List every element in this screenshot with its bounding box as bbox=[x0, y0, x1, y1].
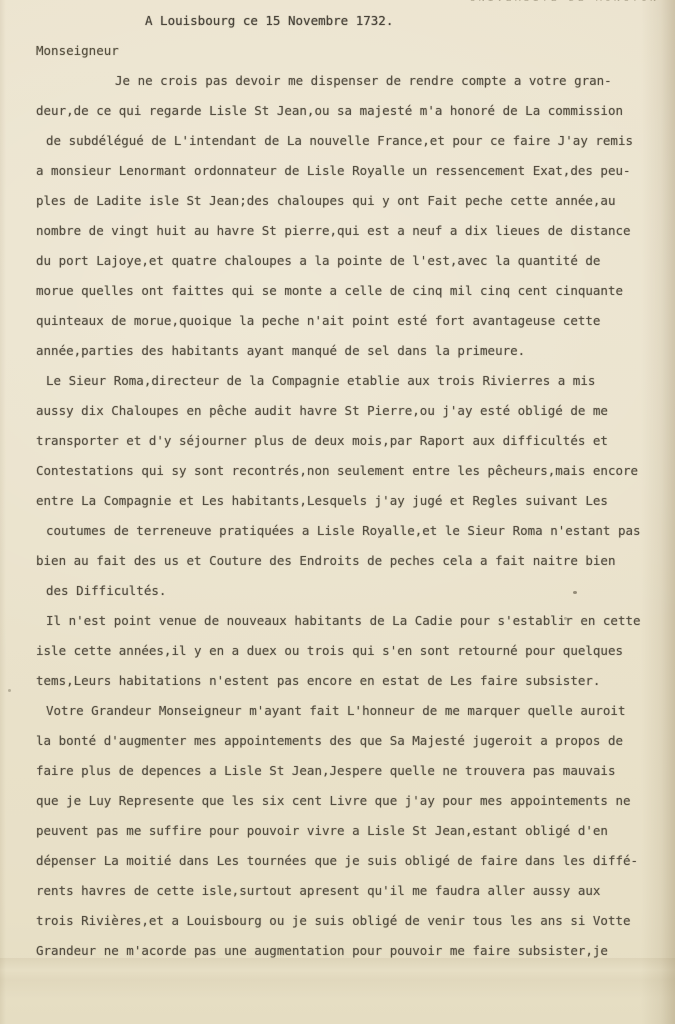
letter-line: bien au fait des us et Couture des Endro… bbox=[0, 546, 675, 576]
letter-line: que je Luy Represente que les six cent L… bbox=[0, 786, 675, 816]
letter-line: peuvent pas me suffire pour pouvoir vivr… bbox=[0, 816, 675, 846]
letter-line: entre La Compagnie et Les habitants,Lesq… bbox=[0, 486, 675, 516]
letter-line: isle cette années,il y en a duex ou troi… bbox=[0, 636, 675, 666]
letter-line: la bonté d'augmenter mes appointements d… bbox=[0, 726, 675, 756]
letter-line: deur,de ce qui regarde Lisle St Jean,ou … bbox=[0, 96, 675, 126]
letter-line: morue quelles ont faittes qui se monte a… bbox=[0, 276, 675, 306]
letter-line: de subdélégué de L'intendant de La nouve… bbox=[0, 126, 675, 156]
letter-line: aussy dix Chaloupes en pêche audit havre… bbox=[0, 396, 675, 426]
archive-stamp: UNIVERSITE DE MONCTON bbox=[470, 0, 659, 4]
letter-line: Je ne crois pas devoir me dispenser de r… bbox=[0, 66, 675, 96]
letter-line: dépenser La moitié dans Les tournées que… bbox=[0, 846, 675, 876]
letter-line: ples de Ladite isle St Jean;des chaloupe… bbox=[0, 186, 675, 216]
letter-line: Grandeur ne m'acorde pas une augmentatio… bbox=[0, 936, 675, 966]
letter-line: Il n'est point venue de nouveaux habitan… bbox=[0, 606, 675, 636]
letter-line: rents havres de cette isle,surtout apres… bbox=[0, 876, 675, 906]
letter-line: nombre de vingt huit au havre St pierre,… bbox=[0, 216, 675, 246]
ink-speck bbox=[8, 689, 11, 692]
ink-speck bbox=[573, 591, 577, 594]
letter-line: Le Sieur Roma,directeur de la Compagnie … bbox=[0, 366, 675, 396]
ink-speck bbox=[564, 617, 567, 620]
letter-line: trois Rivières,et a Louisbourg ou je sui… bbox=[0, 906, 675, 936]
letter-line: transporter et d'y séjourner plus de deu… bbox=[0, 426, 675, 456]
letter-line: Votre Grandeur Monseigneur m'ayant fait … bbox=[0, 696, 675, 726]
dateline: A Louisbourg ce 15 Novembre 1732. bbox=[0, 6, 675, 36]
document-scan: UNIVERSITE DE MONCTON A Louisbourg ce 15… bbox=[0, 0, 675, 1024]
letter-line: Contestations qui sy sont recontrés,non … bbox=[0, 456, 675, 486]
letter-line: a monsieur Lenormant ordonnateur de Lisl… bbox=[0, 156, 675, 186]
letter-line: quinteaux de morue,quoique la peche n'ai… bbox=[0, 306, 675, 336]
letter-line: du port Lajoye,et quatre chaloupes a la … bbox=[0, 246, 675, 276]
letter-line: tems,Leurs habitations n'estent pas enco… bbox=[0, 666, 675, 696]
letter-line: année,parties des habitants ayant manqué… bbox=[0, 336, 675, 366]
letter-line: faire plus de depences a Lisle St Jean,J… bbox=[0, 756, 675, 786]
salutation: Monseigneur bbox=[0, 36, 675, 66]
letter-body: A Louisbourg ce 15 Novembre 1732. Monsei… bbox=[0, 6, 675, 966]
letter-line: coutumes de terreneuve pratiquées a Lisl… bbox=[0, 516, 675, 546]
